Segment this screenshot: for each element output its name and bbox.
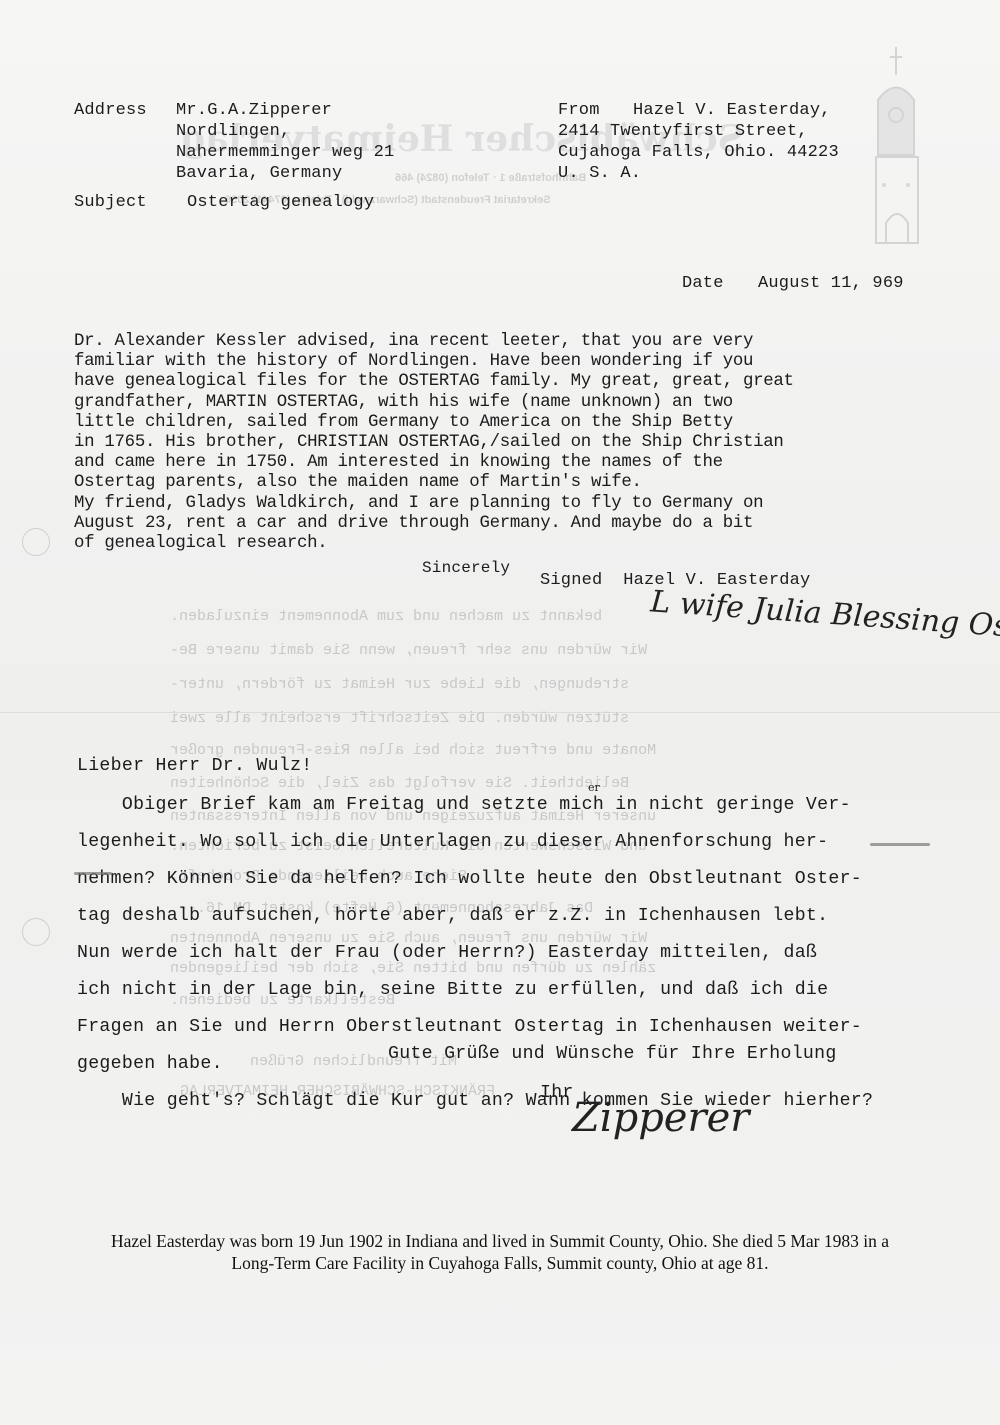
signature-zipperer: Zipperer [572,1095,749,1141]
date-value: August 11, 969 [758,273,904,294]
subject-value: Ostertag genealogy [187,192,374,213]
german-closing: Gute Grüße und Wünsche für Ihre Erholung [388,1044,1000,1064]
punch-hole [22,918,50,946]
sender-name: Hazel V. Easterday, [633,100,831,121]
ghost-line: bekannt zu machen und zum Abonnement ein… [170,608,602,625]
address-label: Address [74,100,147,121]
reply-line: Nun werde ich halt der Frau (oder Herrn?… [77,943,977,963]
letter-line: familiar with the history of Nordlingen.… [74,352,974,372]
letter-line: Dr. Alexander Kessler advised, ina recen… [74,332,974,352]
insertion-mark: er [588,781,600,794]
from-label: From [558,100,600,121]
reply-line: legenheit. Wo soll ich die Unterlagen zu… [77,832,977,852]
sender-country: U. S. A. [558,163,641,184]
letter-line: little children, sailed from Germany to … [74,413,974,433]
german-salutation: Lieber Herr Dr. Wulz! [77,756,977,776]
subject-label: Subject [74,192,147,213]
tower-emblem-icon [868,45,928,245]
recipient-street: Nahermemminger weg 21 [176,142,394,163]
sender-city: Cujahoga Falls, Ohio. 44223 [558,142,839,163]
underline-mark [870,843,930,846]
sender-street: 2414 Twentyfirst Street, [558,121,808,142]
letter-line: of genealogical research. [74,534,974,554]
caption-line: Hazel Easterday was born 19 Jun 1902 in … [40,1230,960,1252]
punch-hole [22,528,50,556]
recipient-city: Nordlingen, [176,121,290,142]
letter-line: in 1765. His brother, CHRISTIAN OSTERTAG… [74,433,974,453]
recipient-country: Bavaria, Germany [176,163,342,184]
english-letter-body: Dr. Alexander Kessler advised, ina recen… [74,332,974,554]
ghost-line: Beliebtheit. Sie verfolgt das Ziel, die … [170,775,629,792]
handwritten-note: L wife Julia Blessing Ostertag [649,584,1000,650]
underline-mark [74,872,112,875]
reply-line: Obiger Brief kam am Freitag und setzte m… [77,795,977,815]
letter-line: have genealogical files for the OSTERTAG… [74,372,974,392]
letter-line: August 23, rent a car and drive through … [74,514,974,534]
ghost-line: Wir würden uns sehr freuen, wenn Sie dam… [170,642,647,659]
letter-line: My friend, Gladys Waldkirch, and I are p… [74,494,974,514]
caption: Hazel Easterday was born 19 Jun 1902 in … [40,1230,960,1274]
reply-line: ich nicht in der Lage bin, seine Bitte z… [77,980,977,1000]
letter-line: Ostertag parents, also the maiden name o… [74,473,974,493]
letter-line: grandfather, MARTIN OSTERTAG, with his w… [74,393,974,413]
ghost-line: strebungen, die Liebe zur Heimat zu förd… [170,676,629,693]
closing-sincerely: Sincerely [422,558,510,579]
reply-line: nehmen? Können Sie da helfen? Ich wollte… [77,869,977,889]
reply-line: tag deshalb aufsuchen, hörte aber, daß e… [77,906,977,926]
letter-line: and came here in 1750. Am interested in … [74,453,974,473]
recipient-name: Mr.G.A.Zipperer [176,100,332,121]
caption-line: Long-Term Care Facility in Cuyahoga Fall… [40,1252,960,1274]
ghost-line: stützen würden. Die Zeitschrift erschein… [170,710,629,727]
letter-page: Schwäbischer Heimatverlag Bahnhofstraße … [0,0,1000,1425]
date-label: Date [682,273,724,294]
reply-line: Fragen an Sie und Herrn Oberstleutnant O… [77,1017,977,1037]
